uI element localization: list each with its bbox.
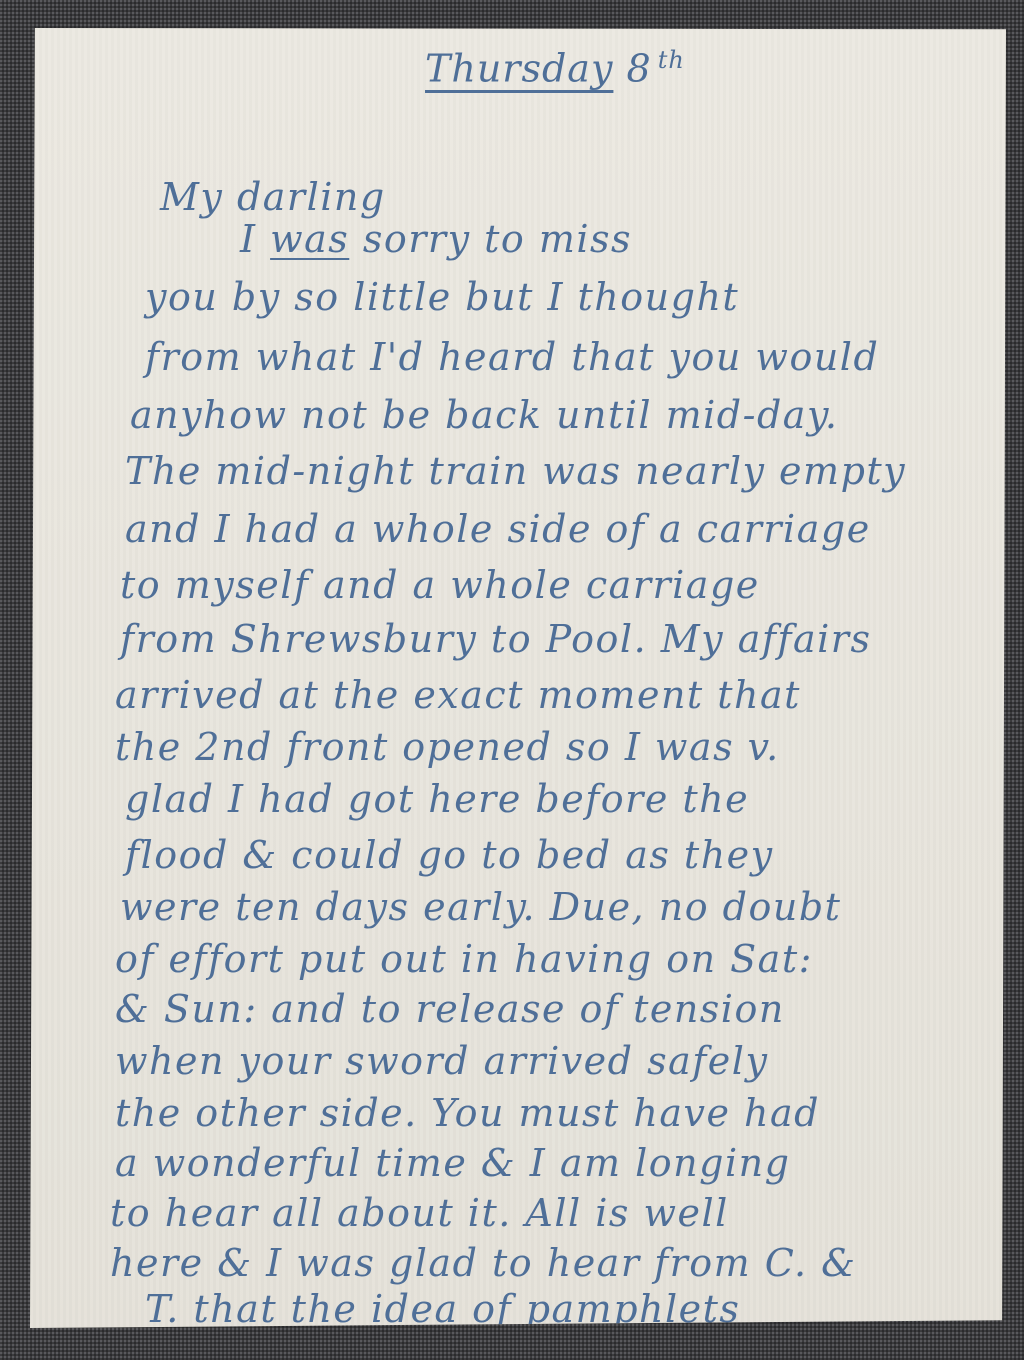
letter-line-15: & Sun: and to release of tension	[115, 990, 785, 1028]
letter-line-21: T. that the idea of pamphlets	[145, 1290, 740, 1328]
letter-date: Thursday 8th	[425, 46, 685, 91]
salutation: My darling	[160, 178, 386, 216]
letter-line-4: anyhow not be back until mid-day.	[130, 396, 838, 434]
letter-line-7: to myself and a whole carriage	[120, 566, 760, 604]
letter-line-19: to hear all about it. All is well	[110, 1194, 729, 1232]
underlined-word: was	[270, 217, 349, 261]
letter-line-13: were ten days early. Due, no doubt	[120, 888, 841, 926]
letter-line-3: from what I'd heard that you would	[145, 338, 879, 376]
letter-line-20: here & I was glad to hear from C. &	[110, 1244, 857, 1282]
letter-line-16: when your sword arrived safely	[115, 1042, 768, 1080]
date-day: Thursday	[425, 47, 613, 91]
letter-line-14: of effort put out in having on Sat:	[115, 940, 813, 978]
letter-line-18: a wonderful time & I am longing	[115, 1144, 790, 1182]
letter-line-10: the 2nd front opened so I was v.	[115, 728, 780, 766]
letter-line-2: you by so little but I thought	[145, 278, 739, 316]
letter-line-11: glad I had got here before the	[125, 780, 749, 818]
letter-line-9: arrived at the exact moment that	[115, 676, 801, 714]
date-suffix: th	[658, 46, 685, 74]
line-1-text: I was sorry to miss	[240, 217, 632, 261]
letter-line-12: flood & could go to bed as they	[125, 836, 774, 874]
letter-line-17: the other side. You must have had	[115, 1094, 820, 1132]
letter-line-6: and I had a whole side of a carriage	[125, 510, 871, 548]
letter-line-8: from Shrewsbury to Pool. My affairs	[120, 620, 871, 658]
letter-page: Thursday 8th My darling I was sorry to m…	[30, 28, 1006, 1328]
date-number: 8	[627, 47, 652, 91]
letter-line-5: The mid-night train was nearly empty	[125, 452, 906, 490]
letter-line-1: I was sorry to miss	[240, 220, 632, 258]
